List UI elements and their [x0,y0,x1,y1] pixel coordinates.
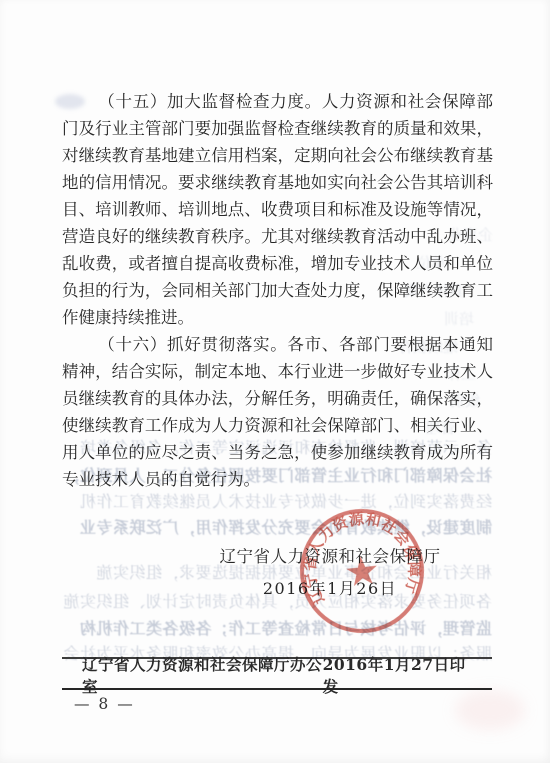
footer-bottom-rule [62,688,492,690]
footer-print-date: 2016年1月27日印发 [323,653,472,697]
document-body: （十五）加大监督检查力度。人力资源和社会保障部门及行业主管部门要加强监督检查继续… [62,88,493,493]
seal-star-icon: ★ [342,547,382,596]
page-number: — 8 — [74,695,135,713]
scanned-official-document-page: 务、示范培训、监督检查和评选评定等工作。各级各类培社会保障部门和行业主管部门要按… [0,0,550,763]
paragraph-15: （十五）加大监督检查力度。人力资源和社会保障部门及行业主管部门要加强监督检查继续… [62,88,493,331]
official-seal: 辽宁省人力资源和社会保障厅 ★ [269,478,456,665]
footer-row: 辽宁省人力资源和社会保障厅办公室 2016年1月27日印发 [62,663,492,687]
paragraph-16: （十六）抓好贯彻落实。各市、各部门要根据本通知精神，结合实际，制定本地、本行业进… [62,331,493,493]
